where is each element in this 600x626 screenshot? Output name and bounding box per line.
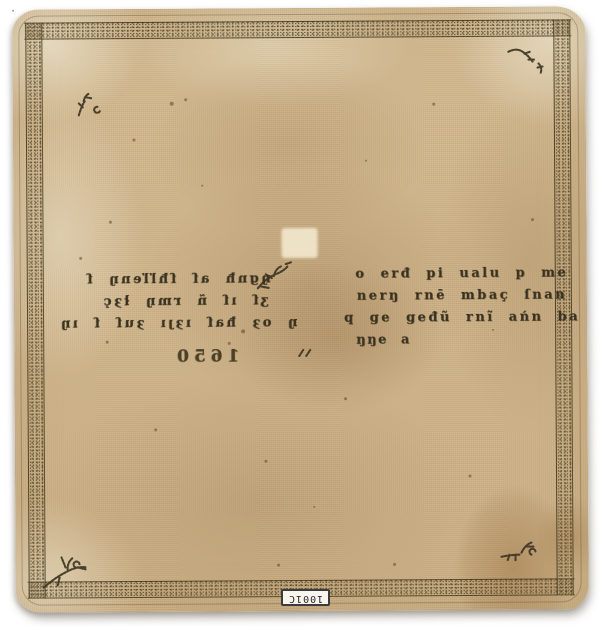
inscription-line: q ge geđũ rnĩ ańn ba (342, 306, 582, 329)
left-inscription-block: ŋgnħ aſ ſħľľenŋ ſ ʒſ ıſ ñ rmŋ łȝç ŋ oȝ ħ… (42, 268, 314, 336)
right-inscription-block: o erđ pi ualu p me nerŋ rnē mbaç ſnan q … (342, 262, 583, 351)
inscription-line: ŋ oȝ ħaſ ıȝȷı ȝuſ ſ ıŋ (42, 312, 314, 336)
inventory-label-text: 1001C (288, 593, 323, 603)
inventory-label: 1001C (281, 589, 330, 606)
stitch-mark (296, 346, 314, 360)
stain-specks (12, 10, 14, 12)
inscription-line: nerŋ rnē mbaç ſnan (342, 284, 582, 307)
inscription-line: o erđ pi ualu p me (342, 262, 582, 285)
light-repair-patch (282, 228, 318, 258)
embroidered-textile: ŋgnħ aſ ſħľľenŋ ſ ʒſ ıſ ñ rmŋ łȝç ŋ oȝ ħ… (12, 6, 589, 612)
sprig-motif (73, 85, 103, 119)
sprig-motif (497, 535, 545, 565)
flower-sprig-motif (37, 537, 101, 593)
photograph-canvas: ŋgnħ aſ ſħľľenŋ ſ ʒſ ıſ ñ rmŋ łȝç ŋ oȝ ħ… (0, 0, 600, 626)
inscription-line: ŋgnħ aſ ſħľľenŋ ſ (42, 268, 314, 292)
inscription-line: ŋŋe a (342, 328, 582, 351)
inscription-line: ʒſ ıſ ñ rmŋ łȝç (42, 290, 314, 314)
sprig-motif (504, 41, 548, 73)
embroidered-date: 1650 (172, 346, 239, 366)
